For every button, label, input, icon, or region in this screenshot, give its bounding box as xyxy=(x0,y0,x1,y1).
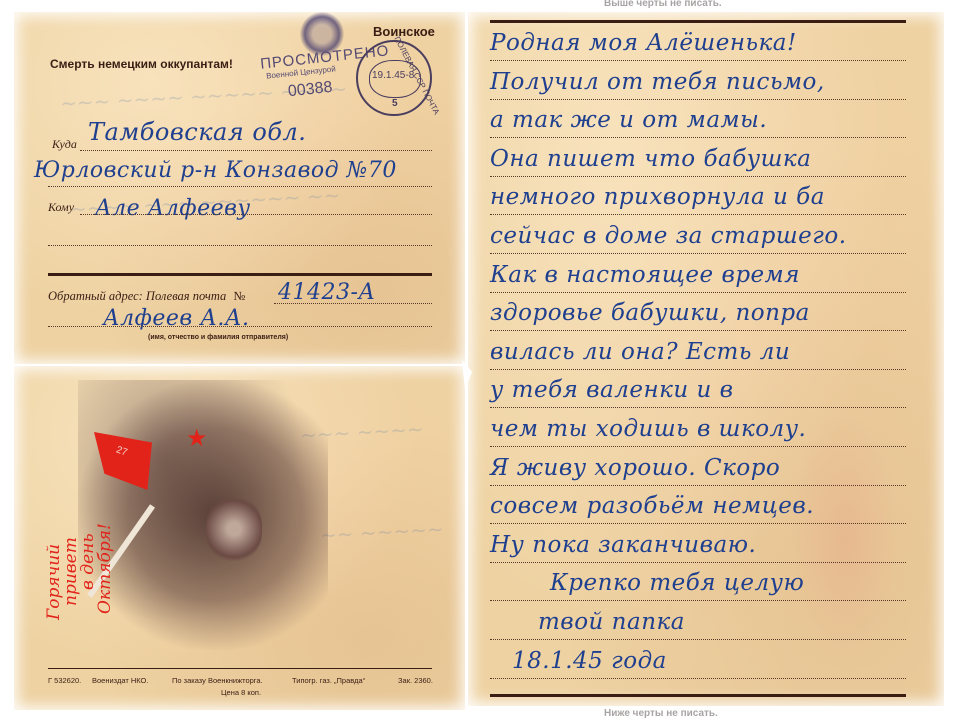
dotted-line xyxy=(490,485,906,486)
dotted-line xyxy=(490,253,906,254)
paper-stain xyxy=(790,410,900,660)
number-sign: № xyxy=(233,289,245,303)
top-rule xyxy=(490,20,906,23)
letter-line: а так же и от мамы. xyxy=(490,107,767,133)
letter-line: Крепко тебя целую xyxy=(550,570,804,596)
letter-line: 18.1.45 года xyxy=(512,648,667,674)
imprint-printer: Типогр. газ. „Правда“ xyxy=(292,676,365,685)
postmark: ПОЛЕВАЯ ССР ПОЧТА 19.1.45-8 5 xyxy=(356,40,432,116)
dotted-line xyxy=(48,326,432,327)
soldier-portrait xyxy=(206,496,262,562)
red-star-icon: ★ xyxy=(186,424,208,453)
dotted-line xyxy=(490,369,906,370)
letter-line: немного прихворнула и ба xyxy=(490,184,825,210)
letter-line: сейчас в доме за старшего. xyxy=(490,223,847,249)
dotted-line xyxy=(80,150,432,151)
field-post-number: 41423-А xyxy=(278,280,376,305)
footer-note: Ниже черты не писать. xyxy=(604,708,718,719)
imprint-price: Цена 8 коп. xyxy=(221,688,261,697)
separator-line xyxy=(48,273,432,276)
letter-line: здоровье бабушки, попра xyxy=(490,300,810,326)
dotted-line xyxy=(274,303,432,304)
poster-illustration: 27 ★ xyxy=(78,380,328,650)
dotted-line xyxy=(490,292,906,293)
dotted-line xyxy=(490,330,906,331)
imprint-rule xyxy=(48,668,432,669)
imprint-order: По заказу Военкнижторга. xyxy=(172,676,263,685)
slogan: Смерть немецким оккупантам! xyxy=(50,57,233,71)
poster-slogan: Горячий привет в день Октября! xyxy=(46,523,114,620)
dotted-line xyxy=(490,600,906,601)
to-address-line1: Тамбовская обл. xyxy=(88,118,306,146)
letter-line: Ну пока заканчиваю. xyxy=(490,532,756,558)
dotted-line xyxy=(490,176,906,177)
letter-line: твой папка xyxy=(538,609,685,635)
postmark-date: 19.1.45-8 xyxy=(372,70,414,81)
dotted-line xyxy=(490,137,906,138)
letter-line: совсем разобьём немцев. xyxy=(490,493,814,519)
dotted-line xyxy=(490,446,906,447)
imprint-order-number: Зак. 2360. xyxy=(398,676,433,685)
letter-line: Как в настоящее время xyxy=(490,262,800,288)
imprint-publisher: Воениздат НКО. xyxy=(92,676,148,685)
dotted-line xyxy=(490,678,906,679)
letter-line: у тебя валенки и в xyxy=(490,377,734,403)
imprint-code: Г 532620. xyxy=(48,676,81,685)
letter-line: вилась ли она? Есть ли xyxy=(490,339,790,365)
dotted-line xyxy=(490,523,906,524)
dotted-line xyxy=(490,214,906,215)
return-address-text: Обратный адрес: Полевая почта xyxy=(48,289,226,303)
recipient-label: Кому xyxy=(48,200,74,215)
dotted-line xyxy=(80,214,432,215)
recipient-name: Але Алфееву xyxy=(95,196,251,221)
letter-line: Получил от тебя письмо, xyxy=(490,69,825,95)
dotted-line xyxy=(48,245,432,246)
dotted-line xyxy=(490,639,906,640)
letter-line: чем ты ходишь в школу. xyxy=(490,416,806,442)
return-address-label: Обратный адрес: Полевая почта № xyxy=(48,289,245,304)
censor-stamp-number: 00388 xyxy=(287,79,333,102)
dotted-line xyxy=(490,407,906,408)
letter-line: Я живу хорошо. Скоро xyxy=(490,455,780,481)
postmark-number: 5 xyxy=(392,98,398,109)
dotted-line xyxy=(490,562,906,563)
letter-line: Родная моя Алёшенька! xyxy=(490,30,797,56)
letter-line: Она пишет что бабушка xyxy=(490,146,811,172)
dotted-line xyxy=(48,186,432,187)
bottom-rule xyxy=(490,694,906,697)
to-label: Куда xyxy=(52,137,77,152)
to-address-line2: Юрловский р-н Конзавод №70 xyxy=(34,158,397,183)
sender-caption: (имя, отчество и фамилия отправителя) xyxy=(148,334,288,341)
poster-slogan-line: Октября! xyxy=(97,523,114,620)
dotted-line xyxy=(490,99,906,100)
header-note: Выше черты не писать. xyxy=(604,0,722,9)
red-flag xyxy=(94,432,152,490)
dotted-line xyxy=(490,60,906,61)
sender-name: Алфеев А.А. xyxy=(103,306,250,331)
letter-type-heading: Воинское xyxy=(373,24,435,39)
